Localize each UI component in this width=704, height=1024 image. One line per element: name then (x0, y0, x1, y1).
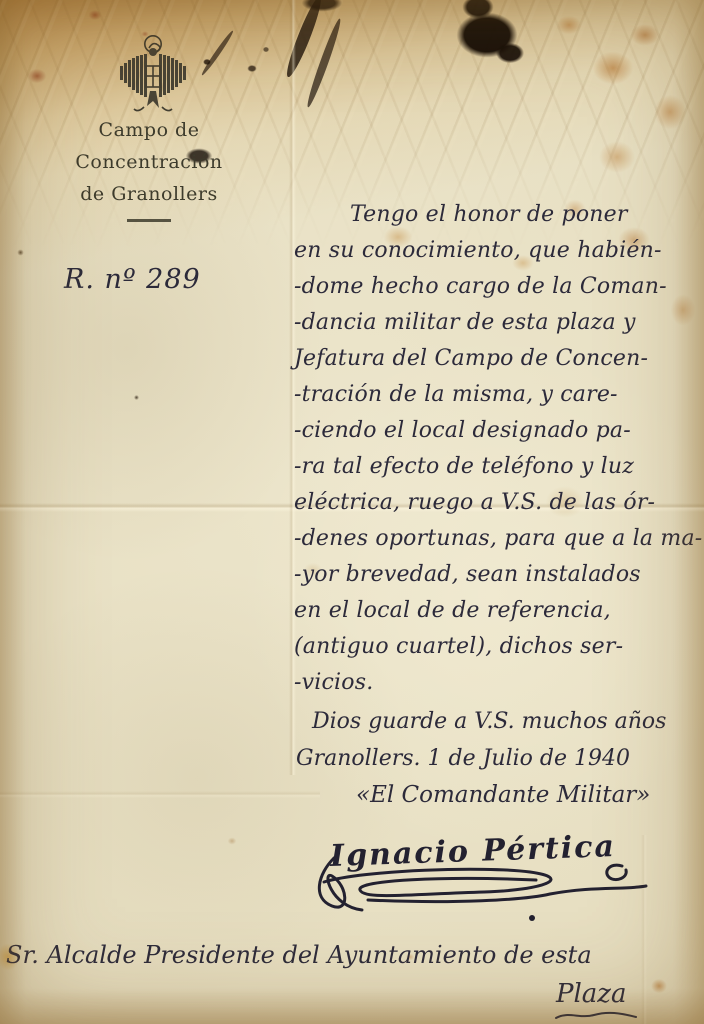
letterhead: Campo de Concentración de Granollers (34, 114, 264, 222)
handwritten-line: Tengo el honor de poner (294, 197, 704, 233)
closing-title: «El Comandante Militar» (294, 777, 704, 814)
ink-streak (282, 0, 325, 79)
francoist-eagle-emblem-icon (110, 33, 196, 121)
handwritten-line: -tración de la misma, y care- (294, 377, 704, 413)
ink-streak (200, 29, 235, 76)
closing-date: Granollers. 1 de Julio de 1940 (294, 740, 704, 777)
registration-number: R. nº 289 (64, 264, 201, 295)
letter-body: Tengo el honor de poner en su conocimien… (294, 197, 704, 701)
signature-flourish (304, 856, 654, 934)
handwritten-line: -dancia militar de esta plaza y (294, 305, 704, 341)
addressee-plaza: Plaza (556, 979, 627, 1009)
handwritten-line: -vicios. (294, 665, 704, 701)
handwritten-line: -dome hecho cargo de la Coman- (294, 269, 704, 305)
addressee-underline (554, 1010, 638, 1022)
handwritten-line: eléctrica, ruego a V.S. de las ór- (294, 485, 704, 521)
handwritten-line: en su conocimiento, que habién- (294, 233, 704, 269)
letterhead-line1: Campo de Concentración (34, 114, 264, 178)
letterhead-underline (127, 219, 171, 222)
letterhead-line2: de Granollers (34, 178, 264, 210)
handwritten-line: en el local de de referencia, (294, 593, 704, 629)
closing-formula: Dios guarde a V.S. muchos años (294, 703, 704, 740)
handwritten-line: -denes oportunas, para que a la ma- (294, 521, 704, 557)
handwritten-line: (antiguo cuartel), dichos ser- (294, 629, 704, 665)
handwritten-line: -ra tal efecto de teléfono y luz (294, 449, 704, 485)
handwritten-line: -ciendo el local designado pa- (294, 413, 704, 449)
handwritten-line: -yor brevedad, sean instalados (294, 557, 704, 593)
handwritten-line: Jefatura del Campo de Concen- (294, 341, 704, 377)
addressee-line: Sr. Alcalde Presidente del Ayuntamiento … (6, 941, 646, 969)
letter-page: Campo de Concentración de Granollers R. … (0, 0, 704, 1024)
horizontal-fold-crease (0, 791, 320, 798)
ink-streak (304, 17, 344, 108)
letter-closing: Dios guarde a V.S. muchos años Granoller… (294, 703, 704, 814)
